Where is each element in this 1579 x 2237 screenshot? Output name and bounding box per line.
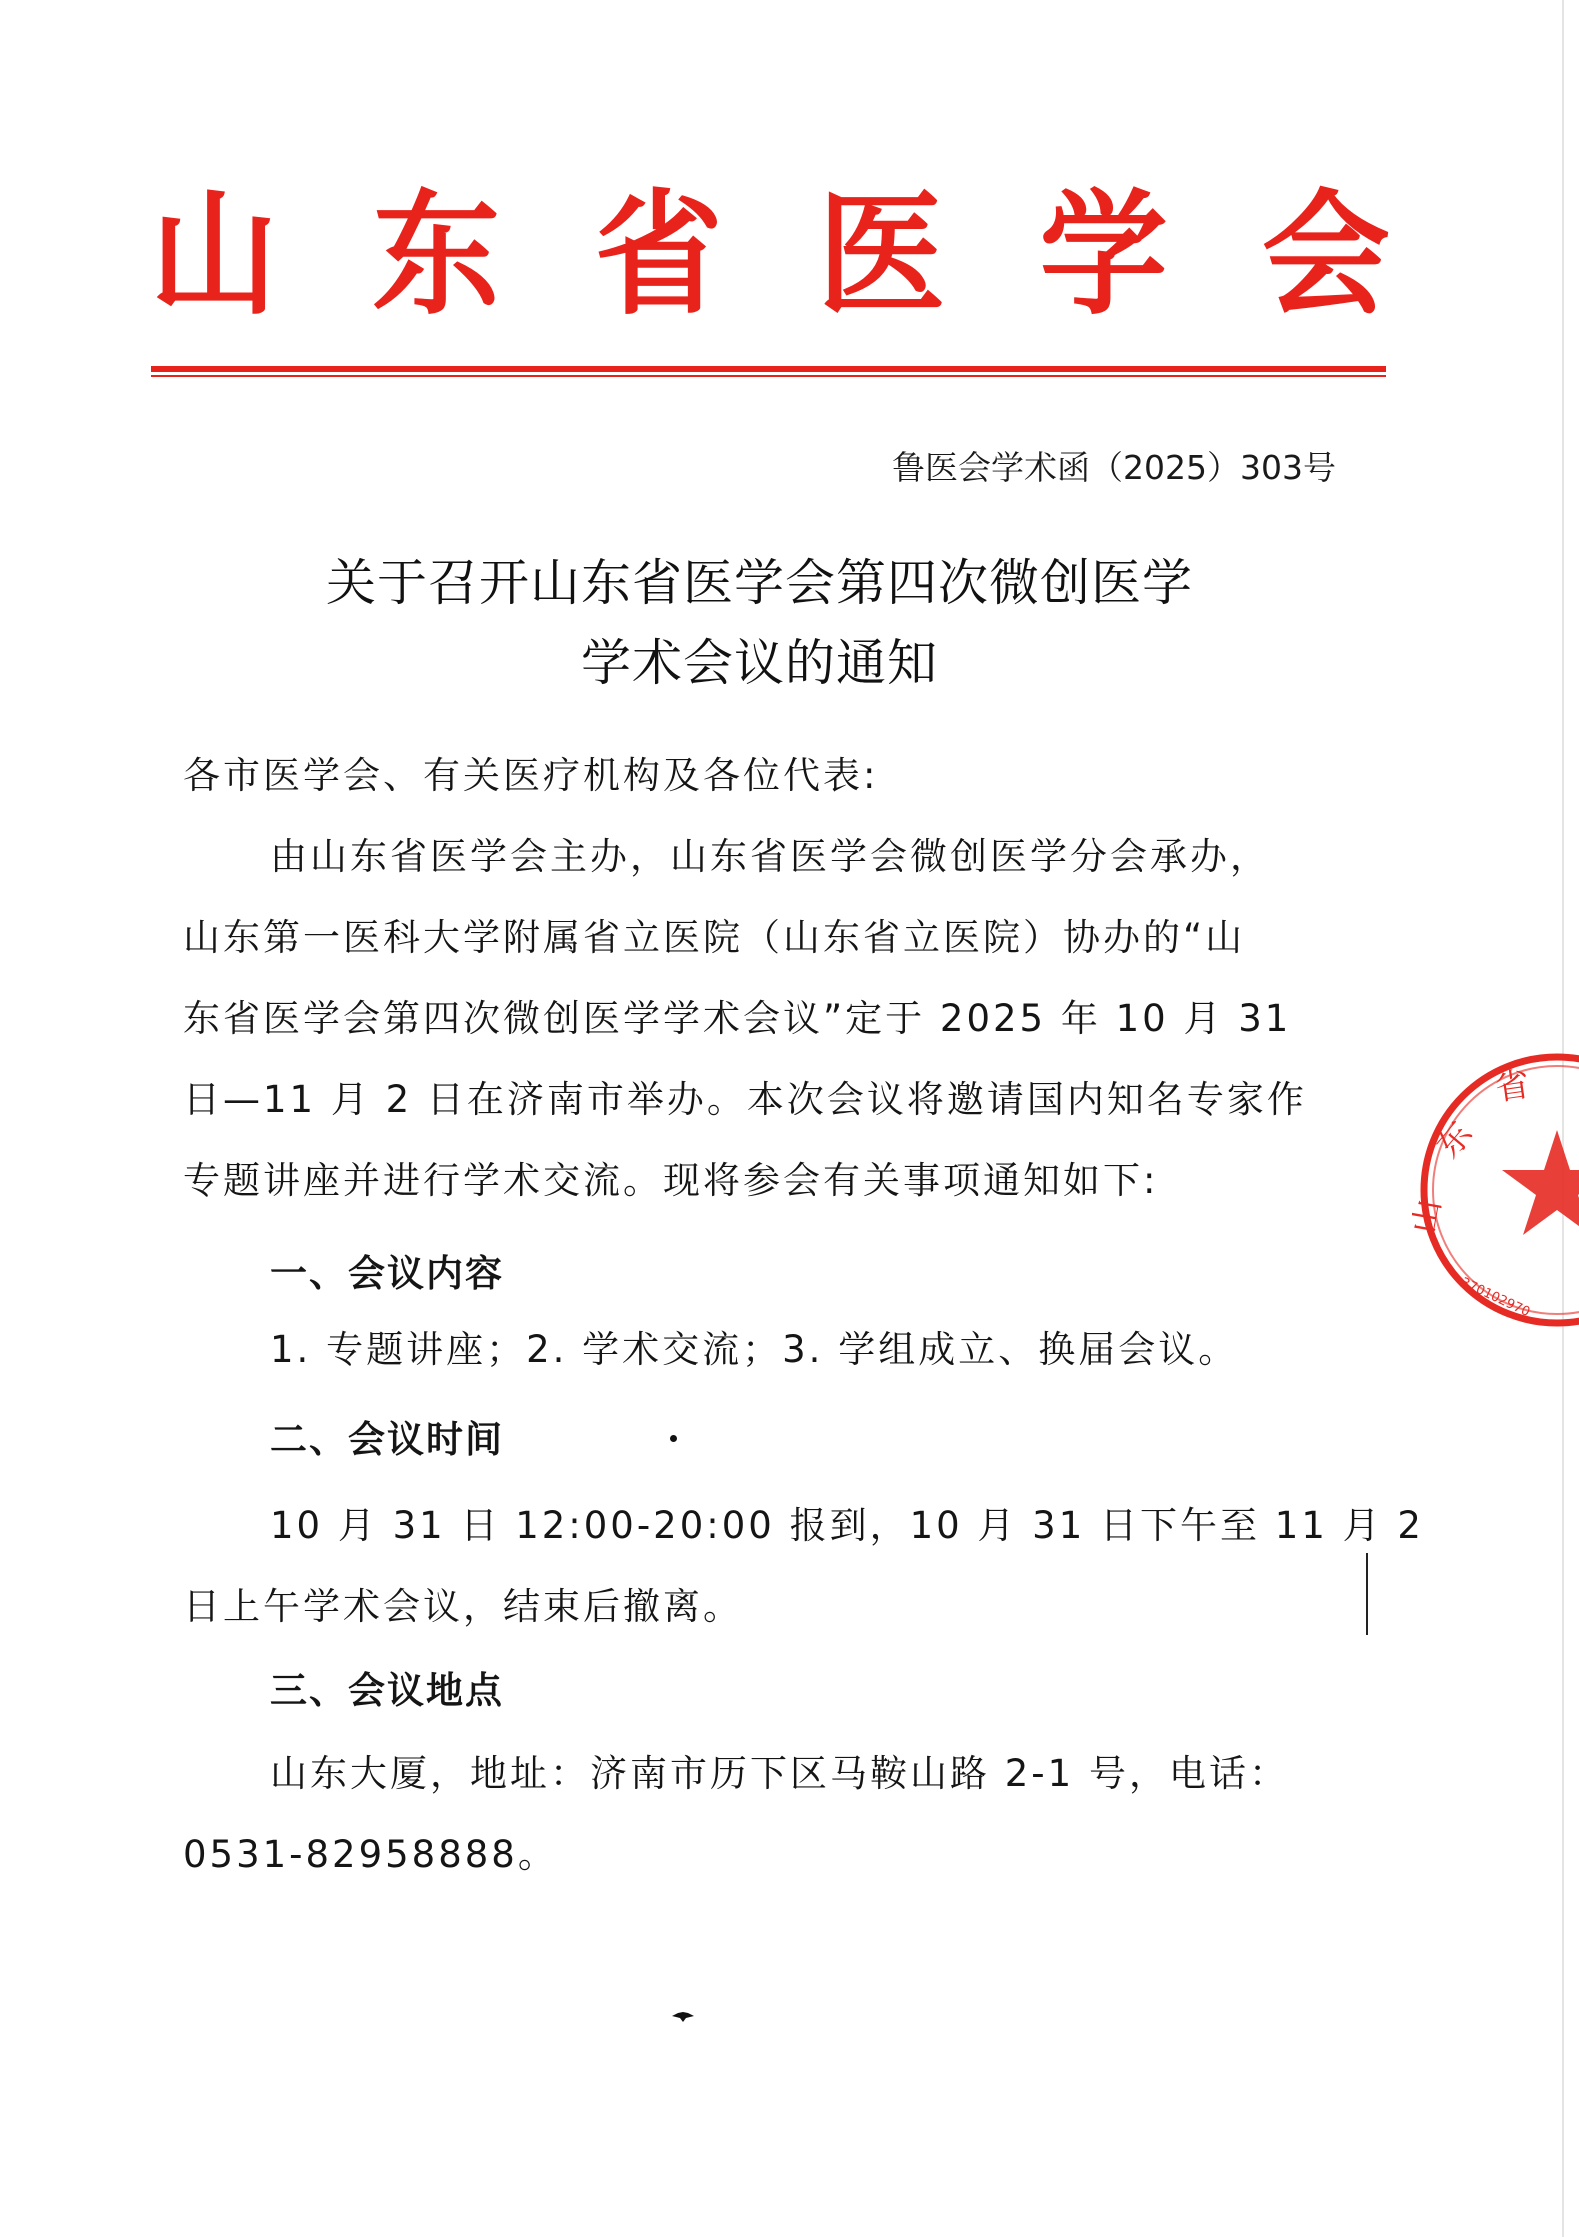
body-paragraph-line: 专题讲座并进行学术交流。现将参会有关事项通知如下:	[183, 1157, 1158, 1205]
document-title-line-1: 关于召开山东省医学会第四次微创医学	[0, 553, 1549, 613]
letterhead-char: 山	[150, 182, 278, 329]
letterhead-char: 会	[1262, 182, 1390, 329]
document-number: 鲁医会学术函（2025）303号	[892, 446, 1336, 490]
letterhead-rule-thin	[151, 375, 1386, 377]
letterhead-char: 医	[817, 182, 945, 329]
letterhead-char: 学	[1040, 182, 1168, 329]
salutation: 各市医学会、有关医疗机构及各位代表:	[183, 752, 878, 800]
svg-text:省: 省	[1493, 1065, 1532, 1109]
letterhead-char: 东	[372, 182, 500, 329]
section-content-line: 山东大厦，地址：济南市历下区马鞍山路 2-1 号，电话：	[270, 1750, 1289, 1798]
body-paragraph-line: 山东第一医科大学附属省立医院（山东省立医院）协办的“山	[183, 914, 1245, 962]
section-heading-time: 二、会议时间	[270, 1416, 504, 1464]
body-paragraph-line: 东省医学会第四次微创医学学术会议”定于 2025 年 10 月 31	[183, 995, 1291, 1043]
section-content-line: 0531-82958888。	[183, 1831, 558, 1879]
document-page: 山 东 省 医 学 会 鲁医会学术函（2025）303号 关于召开山东省医学会第…	[0, 0, 1579, 2237]
letterhead-char: 省	[595, 182, 723, 329]
section-content-line: 日上午学术会议，结束后撤离。	[183, 1583, 743, 1631]
section-content-line: 10 月 31 日 12:00-20:00 报到，10 月 31 日下午至 11…	[270, 1502, 1424, 1550]
margin-bar	[1366, 1553, 1368, 1635]
letterhead-title: 山 东 省 医 学 会	[150, 185, 1390, 325]
section-heading-location: 三、会议地点	[270, 1667, 504, 1715]
official-seal-icon: 省 东 山 370102970	[1412, 1045, 1579, 1335]
section-heading-content: 一、会议内容	[270, 1250, 504, 1298]
scan-speck	[672, 2012, 694, 2022]
svg-text:山: 山	[1412, 1196, 1449, 1236]
svg-text:东: 东	[1428, 1114, 1480, 1166]
section-content-line: 1. 专题讲座；2. 学术交流；3. 学组成立、换届会议。	[270, 1326, 1238, 1374]
svg-text:370102970: 370102970	[1458, 1275, 1532, 1320]
stray-dot	[670, 1435, 677, 1442]
body-paragraph-line: 由山东省医学会主办，山东省医学会微创医学分会承办，	[270, 833, 1270, 881]
document-title-line-2: 学术会议的通知	[0, 633, 1549, 693]
body-paragraph-line: 日—11 月 2 日在济南市举办。本次会议将邀请国内知名专家作	[183, 1076, 1307, 1124]
letterhead-rule-thick	[151, 366, 1386, 372]
